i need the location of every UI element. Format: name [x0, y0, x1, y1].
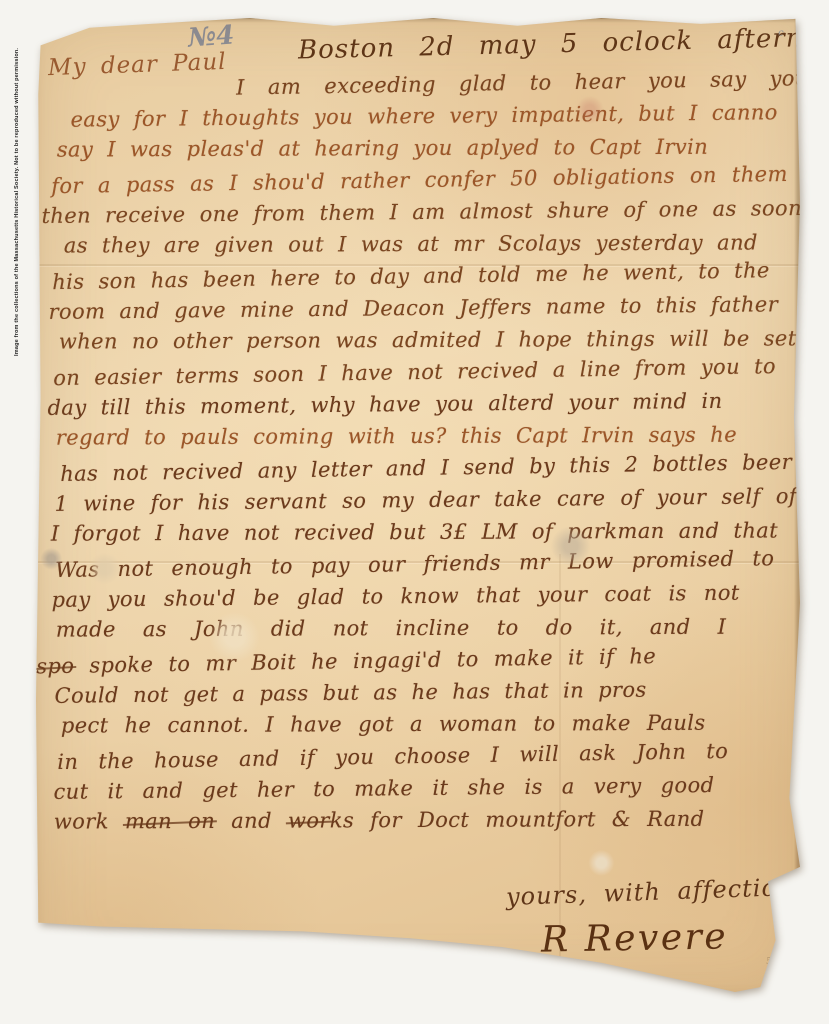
letter-dateline: Boston 2d may 5 oclock afternoon 75 [298, 20, 829, 65]
letter-paper-wrap: №4 c 5a8 Boston 2d may 5 oclock afternoo… [36, 16, 800, 994]
letter-closing: yours, with affection [506, 873, 794, 911]
letter-paper: №4 c 5a8 Boston 2d may 5 oclock afternoo… [36, 16, 800, 994]
letter-line: easy for I thoughts you where very impat… [70, 96, 784, 135]
letter-signature: R Revere [541, 916, 729, 960]
archive-watermark: Image from the collections of the Massac… [14, 345, 26, 349]
scanned-letter-page: { "scan": { "watermark": "Image from the… [0, 0, 829, 1024]
faint-catalog-mark: 5a8 [765, 955, 783, 967]
archive-watermark-text: Image from the collections of the Massac… [14, 94, 20, 356]
letter-body: I am exceeding glad to hear you say you … [48, 64, 792, 840]
letter-line: work man on and works for Doct mountfort… [54, 802, 792, 837]
